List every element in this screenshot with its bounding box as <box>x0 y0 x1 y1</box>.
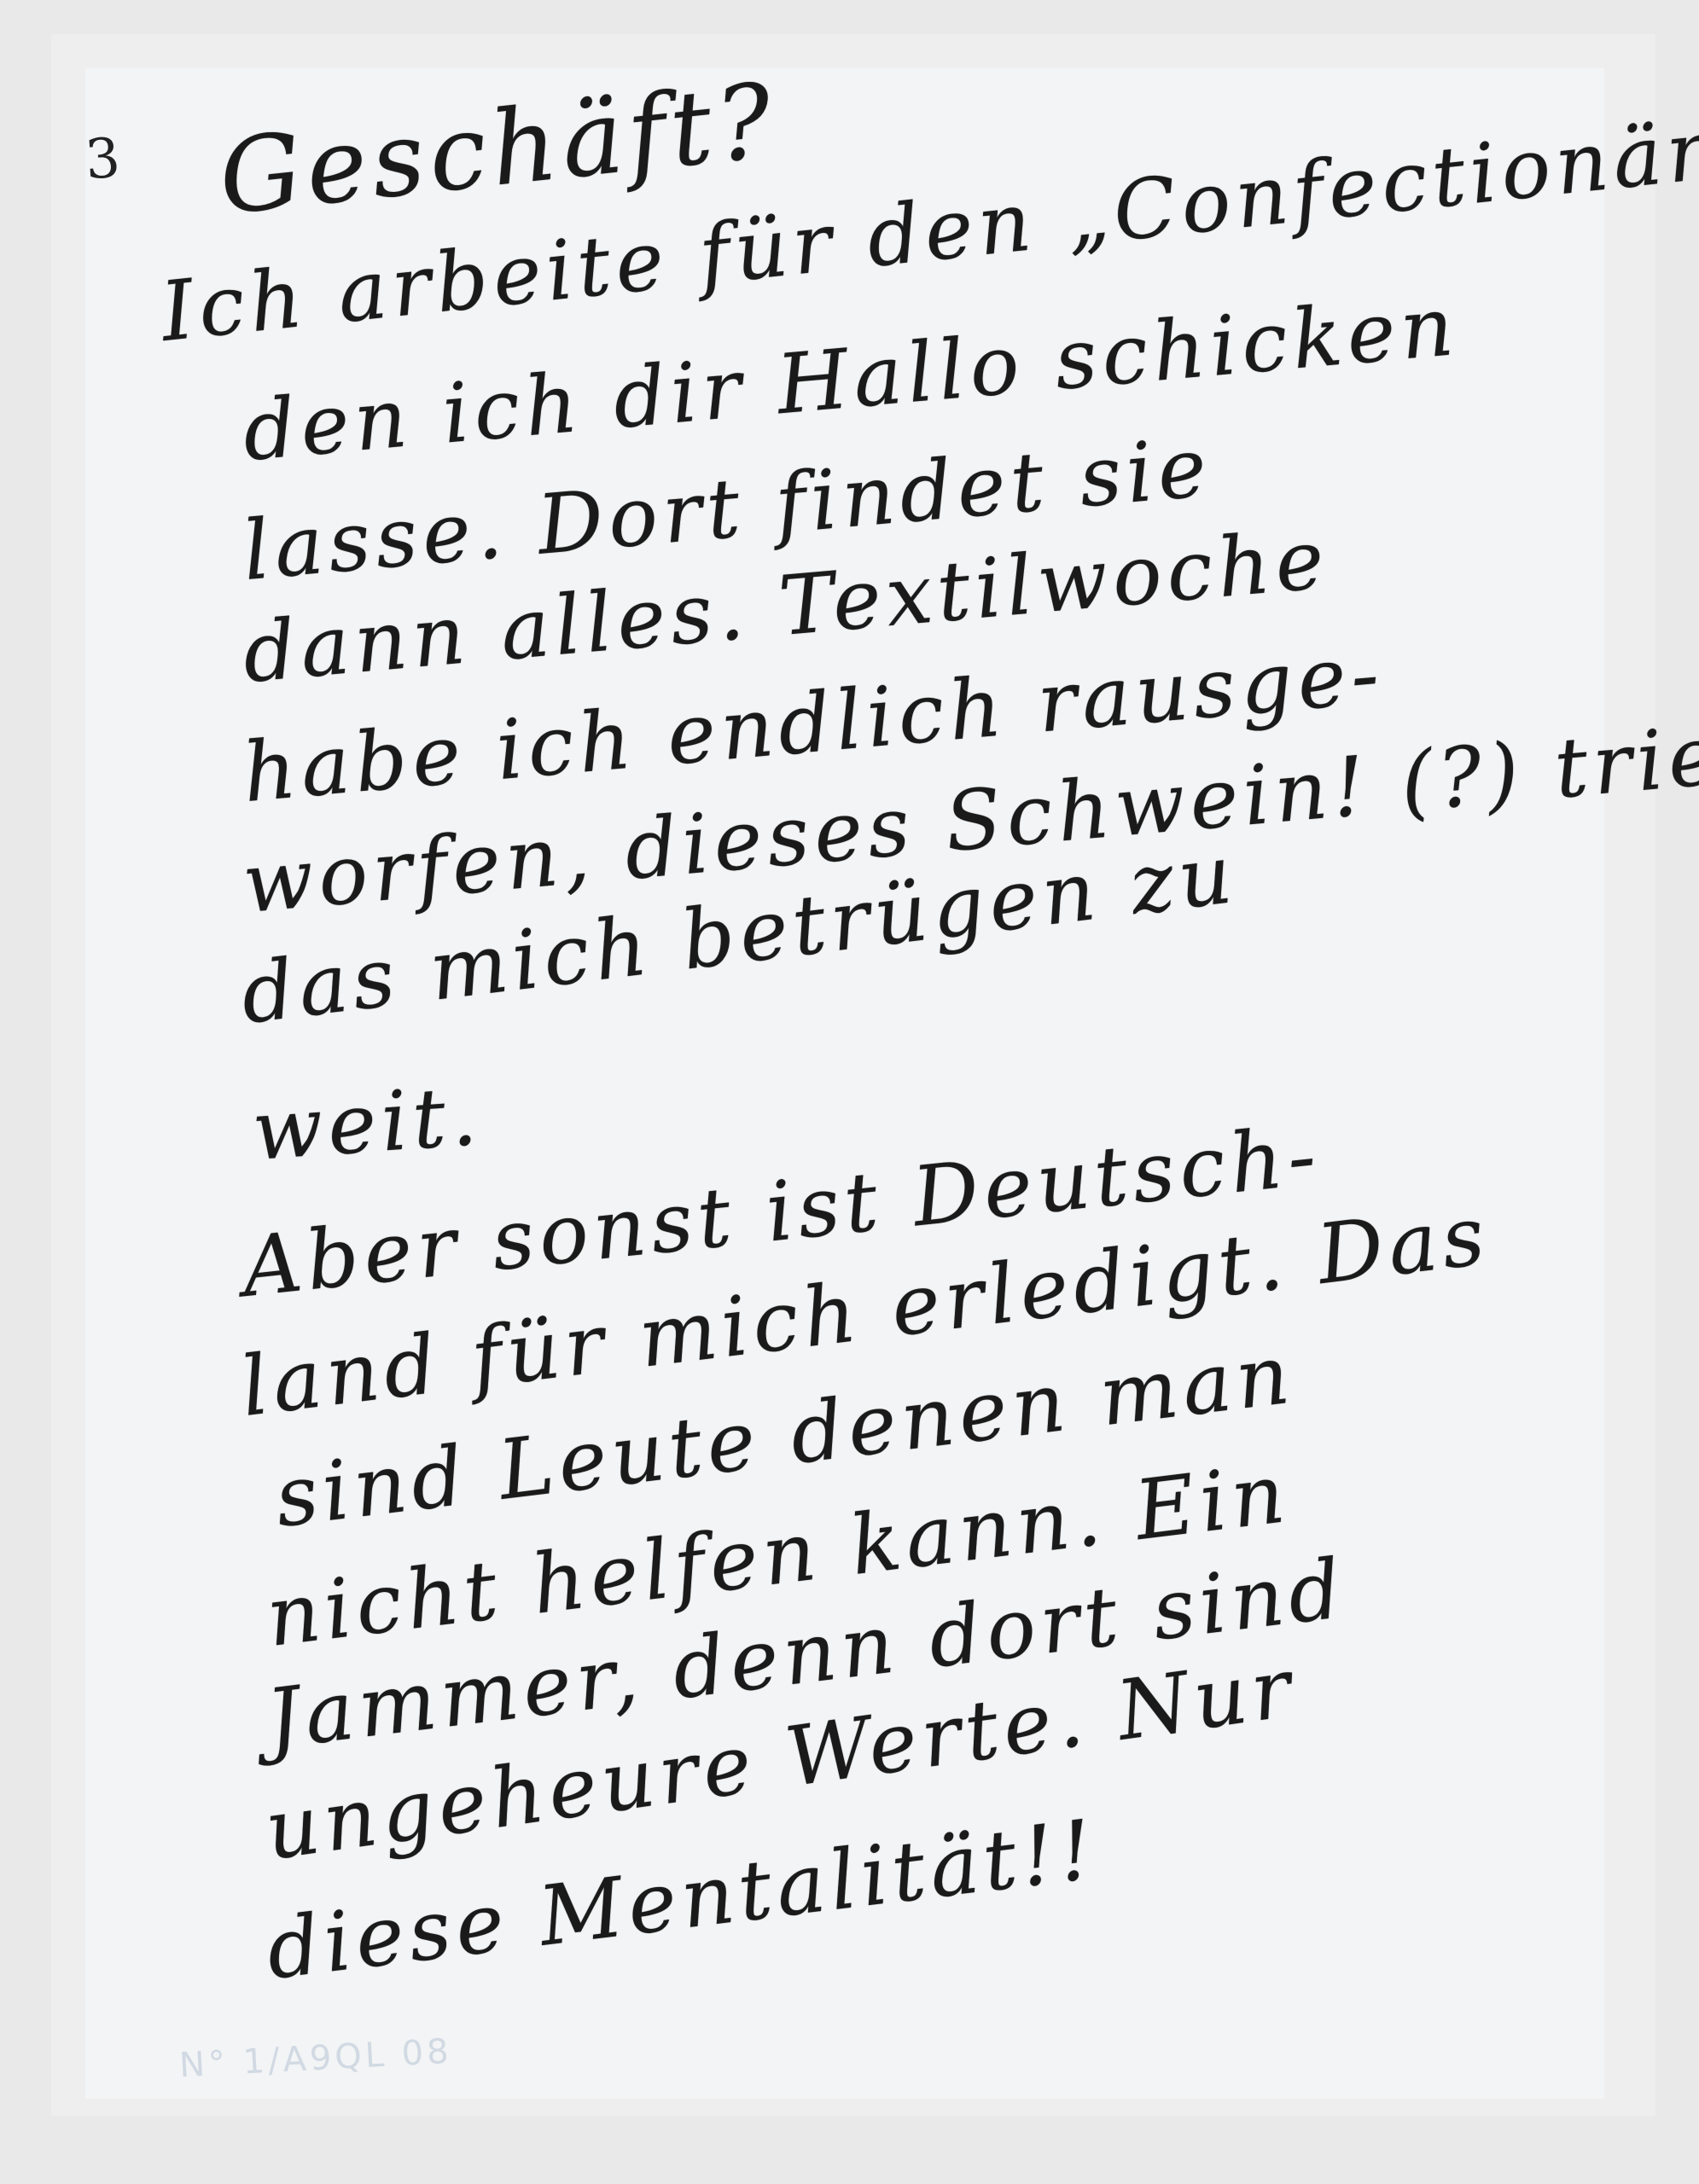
page-number: 3 <box>83 127 122 193</box>
handwritten-line: weit. <box>249 1068 485 1179</box>
